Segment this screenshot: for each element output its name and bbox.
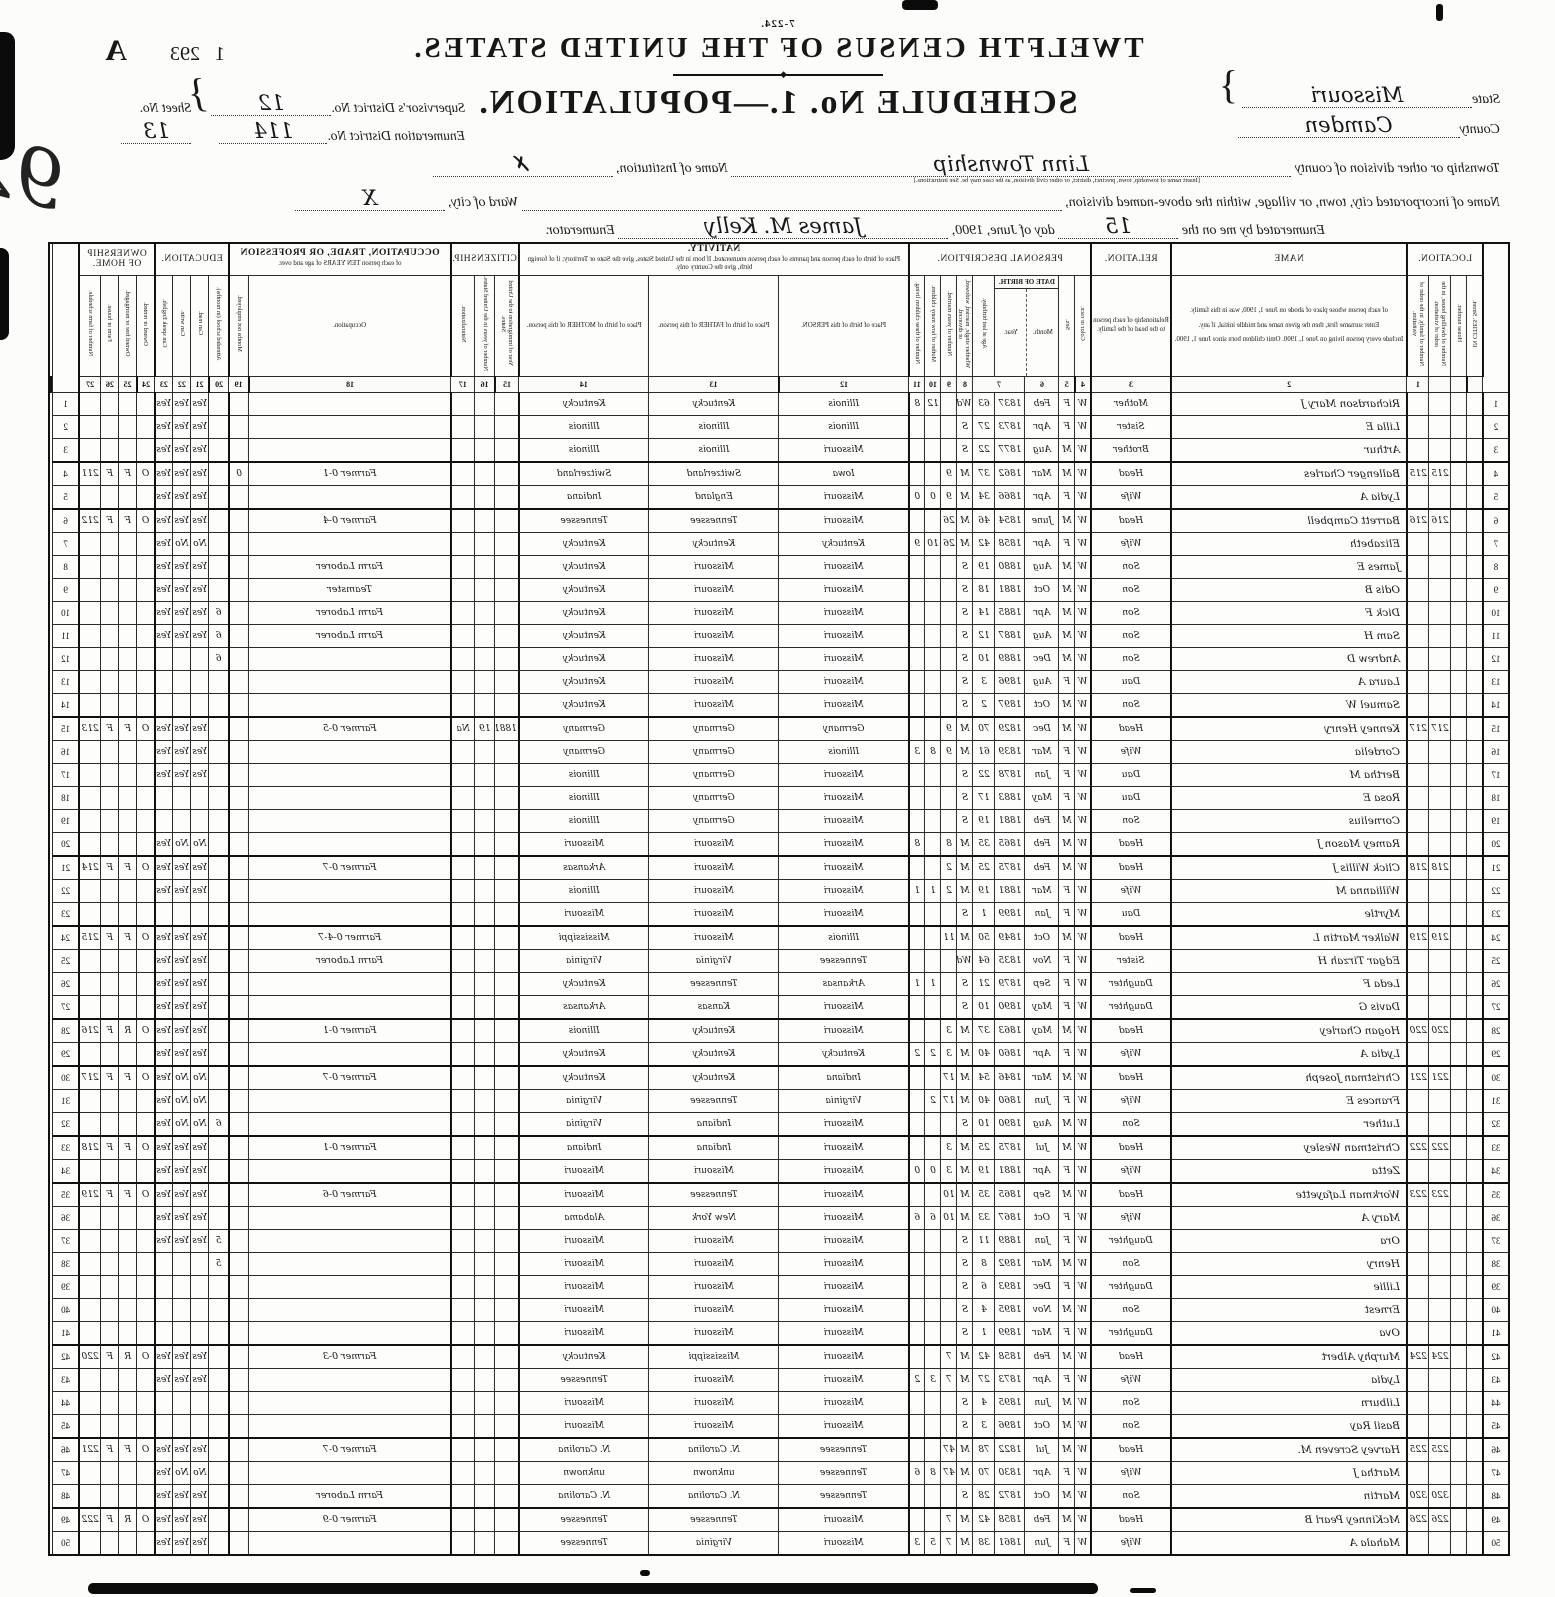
entry-cell <box>137 972 155 995</box>
entry-cell <box>1451 1484 1467 1508</box>
entry-cell: W <box>1075 1206 1091 1229</box>
entry-cell <box>1429 949 1451 972</box>
entry-cell: 220 <box>1407 1019 1429 1043</box>
ward-value: X <box>362 186 377 210</box>
township-field[interactable]: Linn Township <box>731 152 1291 177</box>
row-number-left: 12 <box>1483 647 1509 670</box>
row-number-left: 16 <box>1483 740 1509 763</box>
birthplace-mother-header: Place of birth of MOTHER of this person. <box>519 275 649 376</box>
entry-cell <box>173 902 191 926</box>
occupation-desc: of each person TEN YEARS of age and over… <box>231 258 449 270</box>
entry-cell: 22 <box>973 438 995 462</box>
entry-cell: Yes <box>191 1183 209 1207</box>
column-number-blank <box>1429 376 1451 392</box>
entry-cell <box>119 415 137 438</box>
entry-cell <box>925 647 941 670</box>
entry-cell: 1880 <box>995 555 1025 578</box>
column-number-row: 1234567891011121314151617181920212223242… <box>49 376 1509 392</box>
entry-cell: S <box>957 578 973 601</box>
entry-cell: Yes <box>155 601 173 624</box>
column-number-12: 12 <box>779 376 909 392</box>
entry-cell: 28 <box>973 1484 995 1508</box>
entry-cell <box>1467 624 1483 647</box>
entry-cell <box>475 1345 495 1369</box>
entry-cell <box>155 902 173 926</box>
enumerator-field[interactable]: James M. Kelly <box>618 214 948 239</box>
entry-cell: S <box>957 438 973 462</box>
entry-cell: June <box>1025 509 1059 533</box>
entry-cell: 1865 <box>995 832 1025 856</box>
entry-cell: Jun <box>1025 1531 1059 1555</box>
entry-cell: No <box>173 832 191 856</box>
entry-cell <box>451 786 475 809</box>
person-row-8: 8James ESonWMAug188019SMissouriMissouriK… <box>49 555 1509 578</box>
entry-cell: Feb <box>1025 392 1059 415</box>
person-row-36: 36Mary AWifeWFOct186733M1066MissouriNew … <box>49 1206 1509 1229</box>
entry-cell <box>1467 415 1483 438</box>
entry-cell <box>925 578 941 601</box>
entry-cell: Oct <box>1025 1414 1059 1438</box>
entry-cell <box>475 995 495 1019</box>
column-number-21: 21 <box>191 376 209 392</box>
entry-cell: 19 <box>475 717 495 741</box>
entry-cell: 10 <box>973 995 995 1019</box>
entry-cell: W <box>1075 902 1091 926</box>
entry-cell: 1878 <box>995 763 1025 786</box>
entry-cell: Wife <box>1091 1461 1171 1484</box>
entry-cell <box>173 786 191 809</box>
row-number-left: 7 <box>1483 532 1509 555</box>
entry-cell <box>79 1321 101 1345</box>
column-number-blank <box>49 376 51 392</box>
entry-cell <box>1467 832 1483 856</box>
entry-cell <box>451 1089 475 1112</box>
entry-cell: Daughter <box>1091 1229 1171 1252</box>
entry-cell: 6 <box>209 647 229 670</box>
entry-cell: Yes <box>191 1159 209 1183</box>
state-field[interactable]: Missouri <box>1242 83 1472 108</box>
entry-cell: S <box>957 555 973 578</box>
entry-cell: Yes <box>173 509 191 533</box>
entry-cell <box>941 786 957 809</box>
entry-cell: S <box>957 1298 973 1321</box>
state-label: State <box>1472 92 1500 108</box>
entry-cell: Son <box>1091 1112 1171 1136</box>
entry-cell <box>119 1112 137 1136</box>
entry-cell: Apr <box>1025 1042 1059 1066</box>
ward-field[interactable]: X <box>295 186 445 211</box>
row-number-left: 44 <box>1483 1391 1509 1414</box>
row-number-right: 12 <box>53 647 79 670</box>
location-group-header: LOCATION. <box>1407 243 1483 275</box>
entry-cell <box>119 1229 137 1252</box>
entry-cell: M <box>957 1089 973 1112</box>
occupation-cell <box>249 1461 451 1484</box>
entry-cell: Missouri <box>649 1252 779 1275</box>
entry-cell: Son <box>1091 647 1171 670</box>
entry-cell <box>173 1321 191 1345</box>
entry-cell <box>925 926 941 950</box>
entry-cell <box>1467 926 1483 950</box>
entry-cell: S <box>957 1414 973 1438</box>
entry-cell <box>495 1112 519 1136</box>
entry-cell: Missouri <box>519 1229 649 1252</box>
entry-cell <box>209 1461 229 1484</box>
person-row-7: 7ElizabethWifeWFApr185842M26109KentuckyK… <box>49 532 1509 555</box>
entry-cell <box>475 740 495 763</box>
entry-cell <box>209 462 229 486</box>
dob-year-header: Year. <box>996 289 1027 376</box>
entry-cell <box>495 438 519 462</box>
entry-cell: W <box>1075 1321 1091 1345</box>
entry-cell: Virginia <box>779 1089 909 1112</box>
entry-cell: Missouri <box>519 1275 649 1298</box>
entry-cell <box>137 1252 155 1275</box>
entry-cell: W <box>1075 693 1091 717</box>
entry-cell: 1890 <box>995 1112 1025 1136</box>
entry-cell <box>119 1089 137 1112</box>
entry-cell: Head <box>1091 856 1171 880</box>
entry-cell: Son <box>1091 1252 1171 1275</box>
entry-cell <box>1451 438 1467 462</box>
entry-cell <box>1451 1461 1467 1484</box>
entry-cell: Arkansas <box>779 972 909 995</box>
entry-cell: Missouri <box>649 1298 779 1321</box>
row-number-left: 39 <box>1483 1275 1509 1298</box>
entry-cell: 5 <box>925 1531 941 1555</box>
county-field[interactable]: Camden <box>1238 113 1460 138</box>
entry-cell: 10 <box>973 1112 995 1136</box>
name-cell: Ballenger Charles <box>1171 462 1407 486</box>
entry-cell: Yes <box>155 1206 173 1229</box>
entry-cell <box>1407 392 1429 415</box>
row-number-right: 15 <box>53 717 79 741</box>
entry-cell <box>191 809 209 832</box>
entry-cell: 37 <box>973 462 995 486</box>
entry-cell: 1889 <box>995 647 1025 670</box>
row-number-left: 21 <box>1483 856 1509 880</box>
entry-cell <box>229 1066 249 1090</box>
entry-cell: S <box>957 1112 973 1136</box>
entry-cell: M <box>1059 624 1075 647</box>
city-line: Name of incorporated city, town, or vill… <box>50 186 1500 211</box>
entry-cell: Mississippi <box>519 926 649 950</box>
birthplace-person-header: Place of birth of this PERSON. <box>779 275 909 376</box>
entry-cell: Yes <box>173 438 191 462</box>
entry-cell: No <box>173 1461 191 1484</box>
entry-cell: W <box>1075 1042 1091 1066</box>
entry-cell: Missouri <box>779 902 909 926</box>
row-number-right: 18 <box>53 786 79 809</box>
row-number-right: 25 <box>53 949 79 972</box>
row-number-right: 21 <box>53 856 79 880</box>
entry-cell <box>209 392 229 415</box>
entry-cell <box>495 740 519 763</box>
entry-cell: N. Carolina <box>649 1438 779 1462</box>
entry-cell: 1895 <box>995 1298 1025 1321</box>
entry-cell <box>495 1345 519 1369</box>
entry-cell <box>925 1321 941 1345</box>
entry-cell <box>941 1252 957 1275</box>
entry-cell <box>1407 1089 1429 1112</box>
person-row-50: 50Mahala AWifeWFJun186138M753MissouriVir… <box>49 1531 1509 1555</box>
entry-cell: Daughter <box>1091 1275 1171 1298</box>
entry-cell <box>229 1042 249 1066</box>
entry-cell: F <box>1059 1368 1075 1391</box>
sheet-stamp: 1 293 A <box>105 34 225 68</box>
entry-cell <box>79 949 101 972</box>
entry-cell <box>79 1206 101 1229</box>
person-row-42: 42224224Murphy AlbertHeadWMFeb185842M7Mi… <box>49 1345 1509 1369</box>
entry-cell: Yes <box>155 1484 173 1508</box>
entry-cell: Aug <box>1025 1112 1059 1136</box>
entry-cell: W <box>1075 509 1091 533</box>
entry-cell: Feb <box>1025 832 1059 856</box>
entry-cell <box>495 786 519 809</box>
entry-cell <box>79 1414 101 1438</box>
entry-cell: S <box>957 1275 973 1298</box>
entry-cell: 1872 <box>995 1484 1025 1508</box>
entry-cell <box>451 879 475 902</box>
entry-cell <box>909 1345 925 1369</box>
entry-cell: F <box>1059 995 1075 1019</box>
row-number-right: 50 <box>53 1531 79 1555</box>
entry-cell <box>229 1321 249 1345</box>
house-number-column-header: House number. <box>1451 275 1467 376</box>
day-field[interactable]: 15 <box>1058 214 1178 239</box>
person-row-22: 22Willianna MWifeWFMar188119M211Missouri… <box>49 879 1509 902</box>
entry-cell <box>79 832 101 856</box>
entry-cell <box>1429 578 1451 601</box>
entry-cell: 7 <box>941 1508 957 1532</box>
entry-cell <box>1429 1229 1451 1252</box>
entry-cell: Kentucky <box>649 1019 779 1043</box>
entry-cell <box>925 902 941 926</box>
entry-cell: 3 <box>941 1136 957 1160</box>
entry-cell: Missouri <box>649 1368 779 1391</box>
name-cell: Davis G <box>1171 995 1407 1019</box>
entry-cell <box>1407 879 1429 902</box>
entry-cell <box>941 647 957 670</box>
entry-cell <box>475 972 495 995</box>
entry-cell: M <box>1059 1345 1075 1369</box>
entry-cell <box>1467 809 1483 832</box>
entry-cell <box>941 1391 957 1414</box>
occupation-cell <box>249 1368 451 1391</box>
entry-cell <box>451 693 475 717</box>
row-number-right: 5 <box>53 485 79 509</box>
city-label: Name of incorporated city, town, or vill… <box>1065 195 1500 210</box>
entry-cell: O <box>137 1066 155 1090</box>
entry-cell <box>909 1391 925 1414</box>
entry-cell: No <box>173 1112 191 1136</box>
entry-cell: Iowa <box>779 462 909 486</box>
row-number-left: 8 <box>1483 555 1509 578</box>
entry-cell <box>79 555 101 578</box>
entry-cell <box>1407 809 1429 832</box>
occupation-cell: Farm Laborer <box>249 601 451 624</box>
row-number-left: 40 <box>1483 1298 1509 1321</box>
entry-cell <box>119 972 137 995</box>
entry-cell <box>941 670 957 693</box>
entry-cell <box>941 949 957 972</box>
entry-cell <box>229 601 249 624</box>
entry-cell: Tennessee <box>519 1368 649 1391</box>
entry-cell <box>1407 532 1429 555</box>
entry-cell: M <box>957 1019 973 1043</box>
entry-cell: 320 <box>1407 1484 1429 1508</box>
entry-cell: Germany <box>649 740 779 763</box>
entry-cell <box>495 647 519 670</box>
entry-cell: M <box>1059 856 1075 880</box>
scan-speck-bottom-2 <box>640 1570 650 1576</box>
name-cell: Odis B <box>1171 578 1407 601</box>
entry-cell <box>209 1438 229 1462</box>
entry-cell <box>1429 786 1451 809</box>
enumeration-field[interactable]: 114 <box>219 119 327 144</box>
entry-cell: Missouri <box>519 1159 649 1183</box>
entry-cell: W <box>1075 1066 1091 1090</box>
entry-cell: Missouri <box>779 624 909 647</box>
entry-cell <box>1429 1391 1451 1414</box>
entry-cell <box>101 1484 119 1508</box>
name-cell: James E <box>1171 555 1407 578</box>
entry-cell <box>229 1531 249 1555</box>
entry-cell: Yes <box>191 1019 209 1043</box>
entry-cell: Yes <box>173 740 191 763</box>
entry-cell: 10 <box>973 647 995 670</box>
row-number-left: 36 <box>1483 1206 1509 1229</box>
entry-cell <box>475 578 495 601</box>
entry-cell <box>209 438 229 462</box>
entry-cell: Illinois <box>779 926 909 950</box>
name-cell: Lillie <box>1171 1275 1407 1298</box>
entry-cell <box>1429 392 1451 415</box>
entry-cell <box>909 1438 925 1462</box>
person-row-25: 25Edgar Tirzah HSisterWFNov183564WdTenne… <box>49 949 1509 972</box>
education-group-header: EDUCATION. <box>155 243 229 275</box>
entry-cell <box>1451 902 1467 926</box>
entry-cell <box>101 415 119 438</box>
entry-cell <box>495 879 519 902</box>
entry-cell: Yes <box>173 856 191 880</box>
entry-cell <box>451 438 475 462</box>
entry-cell: Aug <box>1025 555 1059 578</box>
entry-cell: M <box>957 1183 973 1207</box>
entry-cell <box>209 1414 229 1438</box>
entry-cell <box>495 902 519 926</box>
entry-cell <box>229 763 249 786</box>
entry-cell: 219 <box>1429 926 1451 950</box>
entry-cell <box>119 1484 137 1508</box>
entry-cell: 1893 <box>995 1275 1025 1298</box>
occupation-cell <box>249 392 451 415</box>
entry-cell <box>1451 392 1467 415</box>
entry-cell: M <box>957 879 973 902</box>
entry-cell: W <box>1075 856 1091 880</box>
entry-cell <box>119 995 137 1019</box>
can-write-header: Can write. <box>173 275 191 376</box>
entry-cell: Yes <box>155 995 173 1019</box>
entry-cell: Yes <box>173 949 191 972</box>
entry-cell: Missouri <box>779 1159 909 1183</box>
name-cell: Lilla E <box>1171 415 1407 438</box>
entry-cell: Yes <box>155 1112 173 1136</box>
row-number-left: 27 <box>1483 995 1509 1019</box>
supervisor-field[interactable]: 12 <box>211 91 331 116</box>
entry-cell: 47 <box>941 1438 957 1462</box>
entry-cell: 215 <box>1407 462 1429 486</box>
entry-cell: 1830 <box>995 1461 1025 1484</box>
entry-cell: England <box>649 485 779 509</box>
entry-cell <box>137 949 155 972</box>
entry-cell <box>1467 462 1483 486</box>
person-row-27: 27Davis GDaughterWFMay189010SMissouriKan… <box>49 995 1509 1019</box>
institution-field[interactable]: ✗ <box>433 152 613 177</box>
scan-strip-bottom <box>88 1583 1098 1594</box>
entry-cell: 1887 <box>995 624 1025 647</box>
entry-cell <box>451 601 475 624</box>
entry-cell: F <box>1059 1321 1075 1345</box>
entry-cell: 63 <box>973 392 995 415</box>
entry-cell <box>925 693 941 717</box>
row-number-left: 2 <box>1483 415 1509 438</box>
name-cell: Harvey Screven M. <box>1171 1438 1407 1462</box>
entry-cell: Germany <box>649 809 779 832</box>
row-number-left: 26 <box>1483 972 1509 995</box>
entry-cell: Yes <box>173 717 191 741</box>
occupation-cell <box>249 740 451 763</box>
entry-cell: 35 <box>973 832 995 856</box>
entry-cell <box>451 485 475 509</box>
entry-cell: Indiana <box>649 1112 779 1136</box>
entry-cell: W <box>1075 1229 1091 1252</box>
person-row-13: 13Laura ADauWFAug18963SMissouriMissouriK… <box>49 670 1509 693</box>
entry-cell: 222 <box>1429 1136 1451 1160</box>
row-number-right: 35 <box>53 1183 79 1207</box>
column-number-27: 27 <box>79 376 101 392</box>
entry-cell: 3 <box>973 1414 995 1438</box>
entry-cell <box>909 1229 925 1252</box>
entry-cell <box>1467 995 1483 1019</box>
name-cell: Martha J <box>1171 1461 1407 1484</box>
city-field[interactable] <box>522 210 1062 211</box>
entry-cell: W <box>1075 1531 1091 1555</box>
entry-cell: Yes <box>191 601 209 624</box>
district-brace: } <box>191 69 207 116</box>
entry-cell <box>451 1438 475 1462</box>
entry-cell: Kentucky <box>519 670 649 693</box>
entry-cell <box>209 555 229 578</box>
row-number-right: 4 <box>53 462 79 486</box>
entry-cell: Yes <box>173 1183 191 1207</box>
entry-cell <box>229 1484 249 1508</box>
entry-cell: O <box>137 717 155 741</box>
sheet-field[interactable]: 13 <box>121 119 191 144</box>
entry-cell <box>155 670 173 693</box>
row-number-left: 3 <box>1483 438 1509 462</box>
entry-cell: 11 <box>973 1229 995 1252</box>
entry-cell: 42 <box>973 1508 995 1532</box>
entry-cell <box>495 1066 519 1090</box>
entry-cell <box>137 809 155 832</box>
entry-cell: Yes <box>191 1206 209 1229</box>
entry-cell: Head <box>1091 1183 1171 1207</box>
name-cell: Zetta <box>1171 1159 1407 1183</box>
entry-cell: Missouri <box>519 832 649 856</box>
entry-cell <box>79 1531 101 1555</box>
entry-cell <box>495 1159 519 1183</box>
